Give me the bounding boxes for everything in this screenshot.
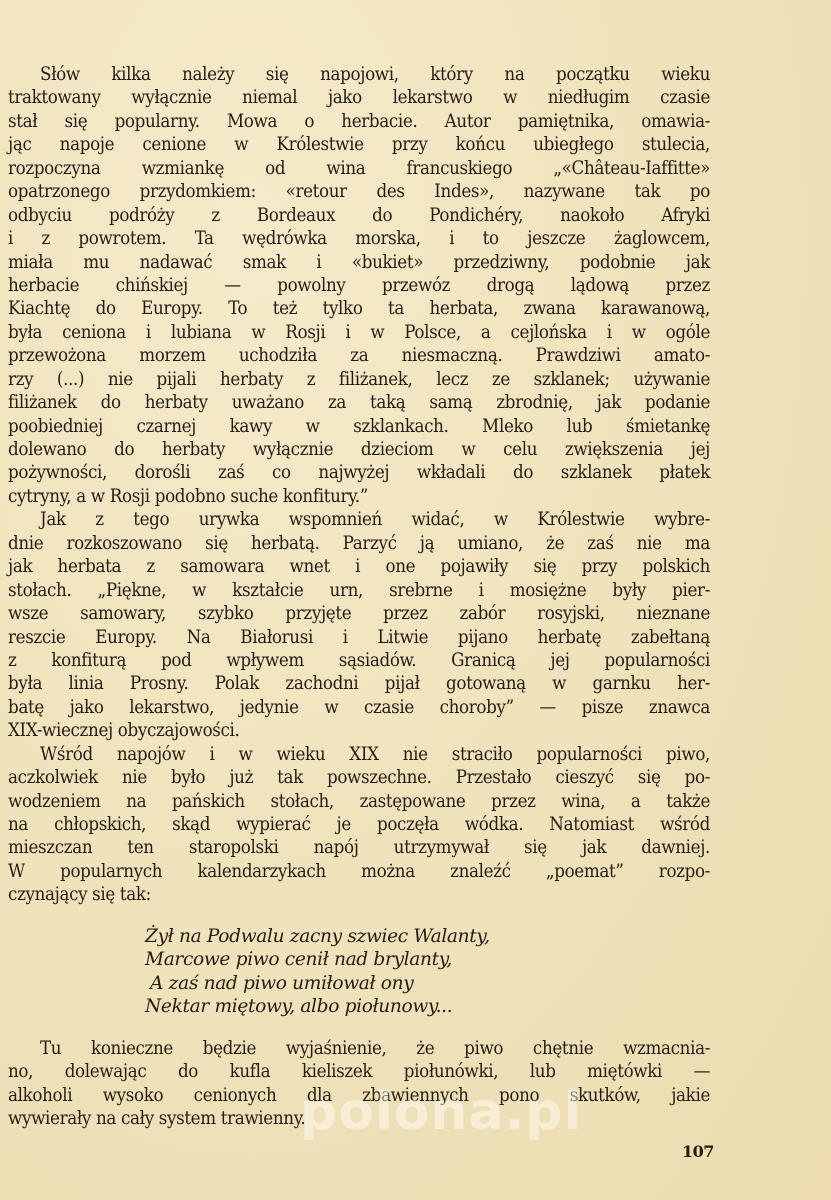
text-line: poobiedniej czarnej kawy w szklankach. M… xyxy=(8,415,710,438)
text-line: dolewano do herbaty wyłącznie dzieciom w… xyxy=(8,438,710,461)
text-line: odbyciu podróży z Bordeaux do Pondichéry… xyxy=(8,204,710,227)
text-line: mieszczan ten staropolski napój utrzymyw… xyxy=(8,836,710,859)
page-number: 107 xyxy=(682,1142,714,1161)
paragraph-samovar: Jak z tego urywka wspomnień widać, w Kró… xyxy=(8,508,710,742)
text-line: była ceniona i lubiana w Rosji i w Polsc… xyxy=(8,321,710,344)
text-line: rzy (...) nie pijali herbaty z filiżanek… xyxy=(8,368,710,391)
text-line: i z powrotem. Ta wędrówka morska, i to j… xyxy=(8,227,710,250)
poem-line: Nektar miętowy, albo piołunowy... xyxy=(145,995,710,1019)
book-page-text: Słów kilka należy się napojowi, który na… xyxy=(8,63,710,1131)
text-line: traktowany wyłącznie niemal jako lekarst… xyxy=(8,86,710,109)
text-line: jąc napoje cenione w Królestwie przy koń… xyxy=(8,133,710,156)
paragraph-tea-introduction: Słów kilka należy się napojowi, który na… xyxy=(8,63,710,508)
text-line: Wśród napojów i w wieku XIX nie straciło… xyxy=(8,743,710,766)
poem-line: Żył na Podwalu zacny szwiec Walanty, xyxy=(145,925,710,949)
text-line: z konfiturą pod wpływem sąsiadów. Granic… xyxy=(8,649,710,672)
text-line: na chłopskich, skąd wypierać je poczęła … xyxy=(8,813,710,836)
text-line: stał się popularny. Mowa o herbacie. Aut… xyxy=(8,110,710,133)
text-line: herbacie chińskiej — powolny przewóz dro… xyxy=(8,274,710,297)
text-line: Jak z tego urywka wspomnień widać, w Kró… xyxy=(8,508,710,531)
text-line: wsze samowary, szybko przyjęte przez zab… xyxy=(8,602,710,625)
text-line: XIX-wiecznej obyczajowości. xyxy=(8,719,710,742)
text-line: aczkolwiek nie było już tak powszechne. … xyxy=(8,766,710,789)
text-line: czynający się tak: xyxy=(8,883,710,906)
poem-line: Marcowe piwo cenił nad brylanty, xyxy=(145,948,710,972)
text-line: rozpoczyna wzmiankę od wina francuskiego… xyxy=(8,157,710,180)
text-line: batę jako lekarstwo, jedynie w czasie ch… xyxy=(8,696,710,719)
text-line: przewożona morzem uchodziła za niesmaczn… xyxy=(8,344,710,367)
text-line: opatrzonego przydomkiem: «retour des Ind… xyxy=(8,180,710,203)
text-line: pożywności, dorośli zaś co najwyżej wkła… xyxy=(8,461,710,484)
poem-line: A zaś nad piwo umiłował ony xyxy=(145,972,710,996)
text-line: jak herbata z samowara wnet i one pojawi… xyxy=(8,555,710,578)
text-line: reszcie Europy. Na Białorusi i Litwie pi… xyxy=(8,626,710,649)
text-line: wywierały na cały system trawienny. xyxy=(8,1107,710,1130)
text-line: wodzeniem na pańskich stołach, zastępowa… xyxy=(8,790,710,813)
text-line: Kiachtę do Europy. To też tylko ta herba… xyxy=(8,297,710,320)
paragraph-beer: Wśród napojów i w wieku XIX nie straciło… xyxy=(8,743,710,907)
text-line: była linia Prosny. Polak zachodni pijał … xyxy=(8,672,710,695)
text-line: cytryny, a w Rosji podobno suche konfitu… xyxy=(8,485,710,508)
text-line: miała mu nadawać smak i «bukiet» przedzi… xyxy=(8,251,710,274)
text-line: W popularnych kalendarzykach można znale… xyxy=(8,860,710,883)
text-line: dnie rozkoszowano się herbatą. Parzyć ją… xyxy=(8,532,710,555)
paragraph-closing: Tu konieczne będzie wyjaśnienie, że piwo… xyxy=(8,1037,710,1131)
poem-quote: Żył na Podwalu zacny szwiec Walanty, Mar… xyxy=(8,925,710,1019)
text-line: Tu konieczne będzie wyjaśnienie, że piwo… xyxy=(8,1037,710,1060)
text-line: stołach. „Piękne, w kształcie urn, srebr… xyxy=(8,579,710,602)
text-line: no, dolewając do kufla kieliszek piołunó… xyxy=(8,1060,710,1083)
text-line: alkoholi wysoko cenionych dla zbawiennyc… xyxy=(8,1084,710,1107)
text-line: filiżanek do herbaty uważano za taką sam… xyxy=(8,391,710,414)
text-line: Słów kilka należy się napojowi, który na… xyxy=(8,63,710,86)
